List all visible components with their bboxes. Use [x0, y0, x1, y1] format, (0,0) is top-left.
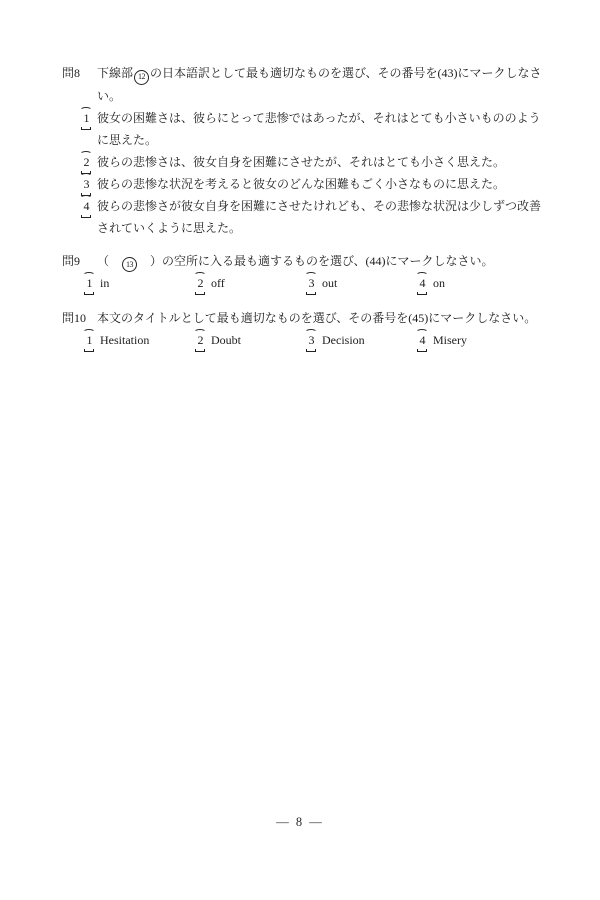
choice-item: 1 in [85, 272, 196, 294]
question-label: 問10 [62, 307, 97, 329]
choice-item: 2 彼らの悲惨さは、彼女自身を困難にさせたが、それはとても小さく思えた。 [82, 151, 550, 173]
choice-number: 4 [82, 195, 97, 217]
choice-number: 2 [196, 272, 211, 294]
choice-item: 4 on [418, 272, 445, 294]
question-8: 問8 下線部12の日本語訳として最も適切なものを選び、その番号を(43)にマーク… [62, 62, 550, 239]
question-8-head: 問8 下線部12の日本語訳として最も適切なものを選び、その番号を(43)にマーク… [62, 62, 550, 107]
choice-number: 1 [85, 272, 100, 294]
exam-page: 問8 下線部12の日本語訳として最も適切なものを選び、その番号を(43)にマーク… [0, 0, 600, 900]
choice-text: on [433, 272, 445, 294]
choice-number: 4 [418, 329, 433, 351]
choice-text: Decision [322, 329, 418, 351]
question-10-head: 問10 本文のタイトルとして最も適切なものを選び、その番号を(45)にマークしな… [62, 307, 550, 329]
prompt-text-pre: （ [97, 254, 121, 268]
prompt-text-post: ）の空所に入る最も適するものを選び、(44)にマークしなさい。 [138, 254, 494, 268]
choice-item: 3 out [307, 272, 418, 294]
choice-text: 彼女の困難さは、彼らにとって悲惨ではあったが、それはとても小さいもののように思え… [97, 107, 550, 151]
choice-item: 4 Misery [418, 329, 467, 351]
choice-number: 2 [196, 329, 211, 351]
prompt-text-pre: 下線部 [97, 66, 133, 80]
question-9-head: 問9 （ 13 ）の空所に入る最も適するものを選び、(44)にマークしなさい。 [62, 250, 550, 273]
choices-list: 1 彼女の困難さは、彼らにとって悲惨ではあったが、それはとても小さいもののように… [62, 107, 550, 239]
prompt-text-post: の日本語訳として最も適切なものを選び、その番号を(43)にマークしなさい。 [97, 66, 542, 103]
choice-text: Doubt [211, 329, 307, 351]
choice-text: 彼らの悲惨さが彼女自身を困難にさせたけれども、その悲惨な状況は少しずつ改善されて… [97, 195, 550, 239]
choice-item: 2 off [196, 272, 307, 294]
choice-item: 4 彼らの悲惨さが彼女自身を困難にさせたけれども、その悲惨な状況は少しずつ改善さ… [82, 195, 550, 239]
choice-item: 2 Doubt [196, 329, 307, 351]
choice-number: 1 [85, 329, 100, 351]
choice-text: Misery [433, 329, 467, 351]
question-9: 問9 （ 13 ）の空所に入る最も適するものを選び、(44)にマークしなさい。 … [62, 250, 550, 295]
choices-row: 1 in 2 off 3 out 4 on [62, 272, 550, 294]
page-number-footer: — 8 — [0, 811, 600, 833]
choice-item: 1 彼女の困難さは、彼らにとって悲惨ではあったが、それはとても小さいもののように… [82, 107, 550, 151]
choice-text: out [322, 272, 418, 294]
question-prompt: 本文のタイトルとして最も適切なものを選び、その番号を(45)にマークしなさい。 [97, 307, 550, 329]
question-prompt: （ 13 ）の空所に入る最も適するものを選び、(44)にマークしなさい。 [97, 250, 550, 273]
page-content: 問8 下線部12の日本語訳として最も適切なものを選び、その番号を(43)にマーク… [0, 0, 600, 351]
question-label: 問8 [62, 62, 97, 84]
choice-number: 3 [307, 329, 322, 351]
choices-row: 1 Hesitation 2 Doubt 3 Decision 4 Misery [62, 329, 550, 351]
choice-number: 4 [418, 272, 433, 294]
choice-text: in [100, 272, 196, 294]
choice-number: 3 [307, 272, 322, 294]
choice-number: 3 [82, 173, 97, 195]
choice-number: 1 [82, 107, 97, 129]
choice-item: 3 彼らの悲惨な状況を考えると彼女のどんな困難もごく小さなものに思えた。 [82, 173, 550, 195]
question-10: 問10 本文のタイトルとして最も適切なものを選び、その番号を(45)にマークしな… [62, 307, 550, 351]
choice-number: 2 [82, 151, 97, 173]
question-label: 問9 [62, 250, 97, 272]
choice-text: 彼らの悲惨さは、彼女自身を困難にさせたが、それはとても小さく思えた。 [97, 151, 550, 173]
choice-text: Hesitation [100, 329, 196, 351]
circled-number: 12 [134, 70, 149, 85]
question-prompt: 下線部12の日本語訳として最も適切なものを選び、その番号を(43)にマークしなさ… [97, 62, 550, 107]
circled-number: 13 [122, 257, 137, 272]
choice-text: off [211, 272, 307, 294]
choice-text: 彼らの悲惨な状況を考えると彼女のどんな困難もごく小さなものに思えた。 [97, 173, 550, 195]
prompt-text-pre: 本文のタイトルとして最も適切なものを選び、その番号を(45)にマークしなさい。 [97, 311, 536, 325]
choice-item: 1 Hesitation [85, 329, 196, 351]
choice-item: 3 Decision [307, 329, 418, 351]
